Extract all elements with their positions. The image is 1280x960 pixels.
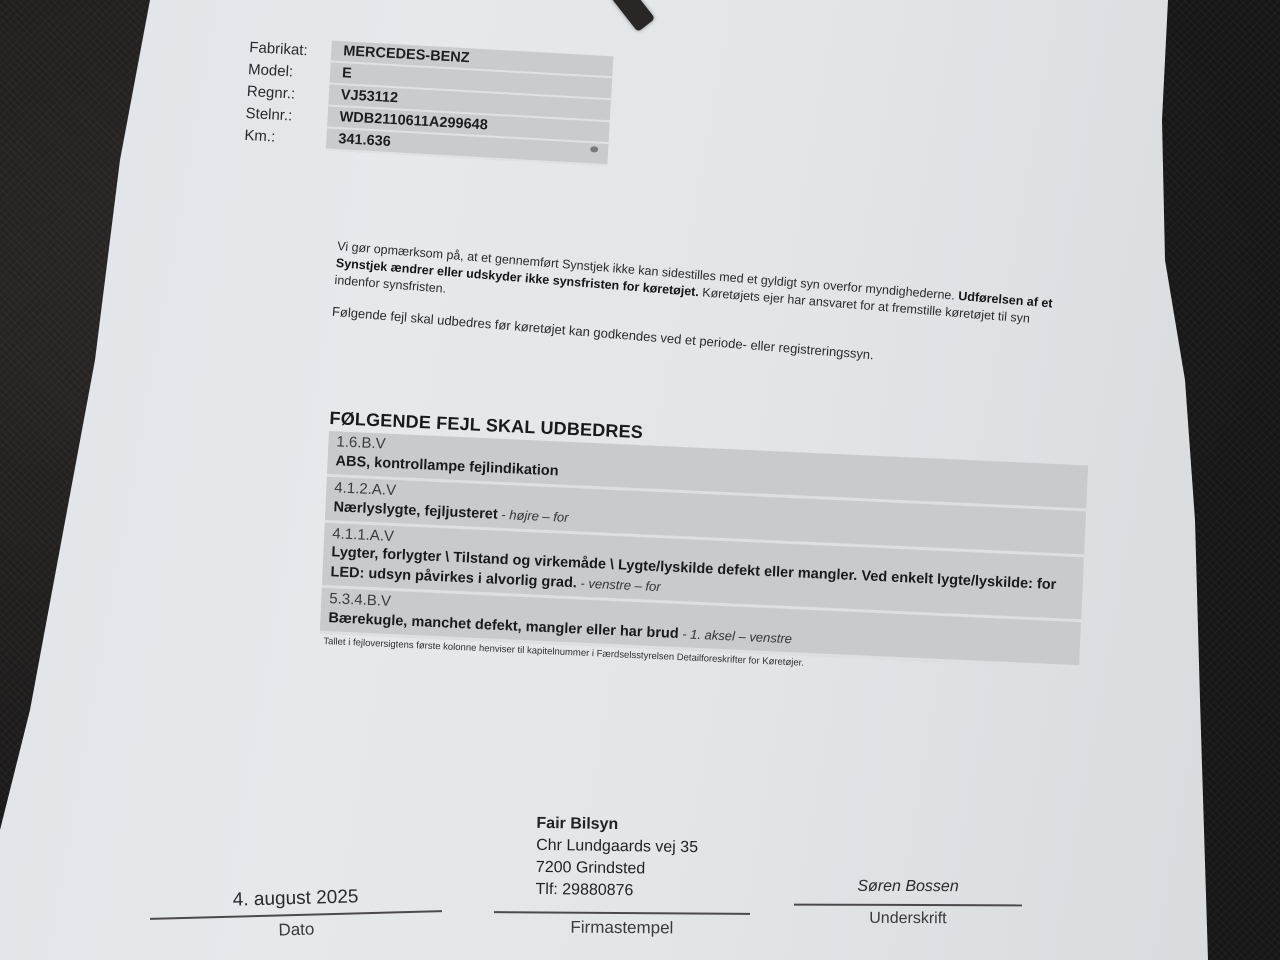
binder-clip-icon <box>611 0 655 32</box>
signature-line <box>494 911 750 915</box>
defect-position: - venstre – for <box>577 575 661 594</box>
inspection-document: Fabrikat: MERCEDES-BENZ Model: E Regnr.:… <box>0 0 1280 960</box>
photo-scene: Fabrikat: MERCEDES-BENZ Model: E Regnr.:… <box>0 0 1280 960</box>
signer-caption: Underskrift <box>794 910 1022 929</box>
company-name: Fair Bilsyn <box>536 813 698 837</box>
date-signature-block: 4. august 2025 Dato <box>149 884 442 944</box>
notice-paragraph-1: Vi gør opmærksom på, at et gennemført Sy… <box>334 238 1056 347</box>
notice-text: Vi gør opmærksom på, at et gennemført Sy… <box>331 238 1055 377</box>
field-label: Km.: <box>244 126 327 148</box>
defect-position: - 1. aksel – venstre <box>678 626 792 646</box>
defects-table: FØLGENDE FEJL SKAL UDBEDRES 1.6.B.V ABS,… <box>319 408 1089 681</box>
stamp-caption: Firmastempel <box>494 917 750 939</box>
field-label: Model: <box>248 60 331 82</box>
company-city: 7200 Grindsted <box>536 857 698 881</box>
signer-signature-block: Søren Bossen Underskrift <box>794 878 1022 929</box>
signature-line <box>794 904 1022 907</box>
defect-position: - højre – for <box>497 507 568 525</box>
date-caption: Dato <box>150 916 442 944</box>
defect-text: Nærlyslygte, fejljusteret <box>333 499 498 522</box>
company-street: Chr Lundgaards vej 35 <box>536 835 698 859</box>
field-label: Fabrikat: <box>249 38 332 60</box>
stamp-signature-block: Firmastempel <box>494 887 750 939</box>
field-label: Regnr.: <box>246 82 329 104</box>
stamp-value <box>494 887 750 911</box>
signer-name: Søren Bossen <box>794 878 1022 903</box>
vehicle-info: Fabrikat: MERCEDES-BENZ Model: E Regnr.:… <box>244 36 614 166</box>
field-label: Stelnr.: <box>245 104 328 126</box>
